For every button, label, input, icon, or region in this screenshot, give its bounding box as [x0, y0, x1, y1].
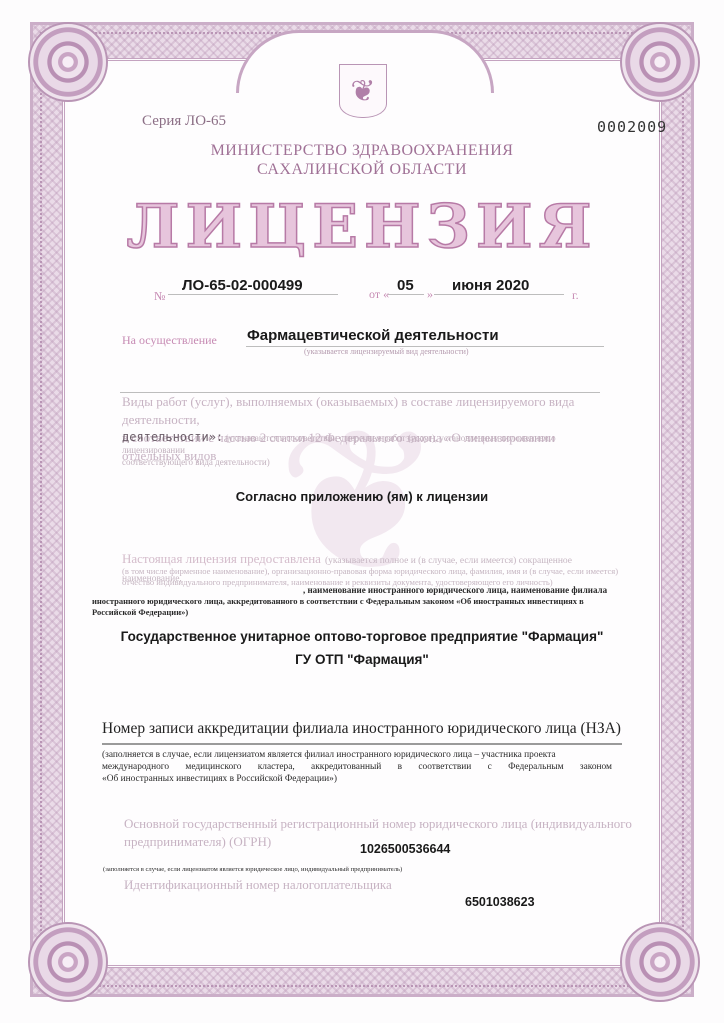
nza-label: Номер записи аккредитации филиала иностр…: [102, 720, 621, 738]
day-underline: [388, 294, 424, 295]
ministry-line-1: МИНИСТЕРСТВО ЗДРАВООХРАНЕНИЯ: [0, 141, 724, 160]
corner-rosette-icon: [28, 922, 108, 1002]
licensee-hint-4: , наименование иностранного юридического…: [303, 585, 607, 595]
day-suffix: »: [427, 287, 433, 302]
corner-rosette-icon: [620, 922, 700, 1002]
licensee-full-name: Государственное унитарное оптово-торгово…: [0, 629, 724, 644]
license-month-year: июня 2020: [452, 277, 529, 294]
year-suffix: г.: [572, 288, 579, 303]
license-day: 05: [397, 277, 414, 294]
licensee-hint-6: Российской Федерации»): [92, 607, 188, 617]
number-prefix: №: [154, 289, 165, 304]
inn-value: 6501038623: [465, 895, 535, 909]
month-underline: [434, 294, 564, 295]
nza-hint: (заполняется в случае, если лицензиатом …: [102, 749, 612, 785]
activity-label: На осуществление: [122, 333, 217, 348]
inn-label: Идентификационный номер налогоплательщик…: [124, 876, 392, 894]
corner-rosette-icon: [28, 22, 108, 102]
activity-value: Фармацевтической деятельности: [247, 327, 499, 344]
works-hint: деятельности»: (указываются в соответств…: [122, 431, 612, 468]
license-number: ЛО-65-02-000499: [182, 277, 303, 294]
licensee-hint-5: иностранного юридического лица, аккредит…: [92, 596, 584, 606]
blank-serial-number: 0002009: [597, 118, 667, 136]
series-label: Серия ЛО-65: [142, 113, 226, 130]
number-underline: [168, 294, 338, 295]
ogrn-value: 1026500536644: [360, 842, 450, 856]
licensee-label: Настоящая лицензия предоставлена: [122, 551, 321, 566]
date-prefix: от «: [369, 287, 389, 302]
licensee-short-name: ГУ ОТП "Фармация": [0, 652, 724, 667]
issuing-authority: МИНИСТЕРСТВО ЗДРАВООХРАНЕНИЯ САХАЛИНСКОЙ…: [0, 141, 724, 179]
corner-rosette-icon: [620, 22, 700, 102]
ogrn-hint: (заполняется в случае, если лицензиатом …: [103, 866, 402, 873]
nza-underline: [102, 743, 622, 745]
activity-hint: (указывается лицензируемый вид деятельно…: [304, 347, 469, 356]
coat-of-arms-icon: ❦: [339, 64, 387, 118]
ministry-line-2: САХАЛИНСКОЙ ОБЛАСТИ: [0, 160, 724, 179]
document-title: ЛИЦЕНЗИЯ: [0, 192, 724, 262]
works-value: Согласно приложению (ям) к лицензии: [0, 489, 724, 504]
